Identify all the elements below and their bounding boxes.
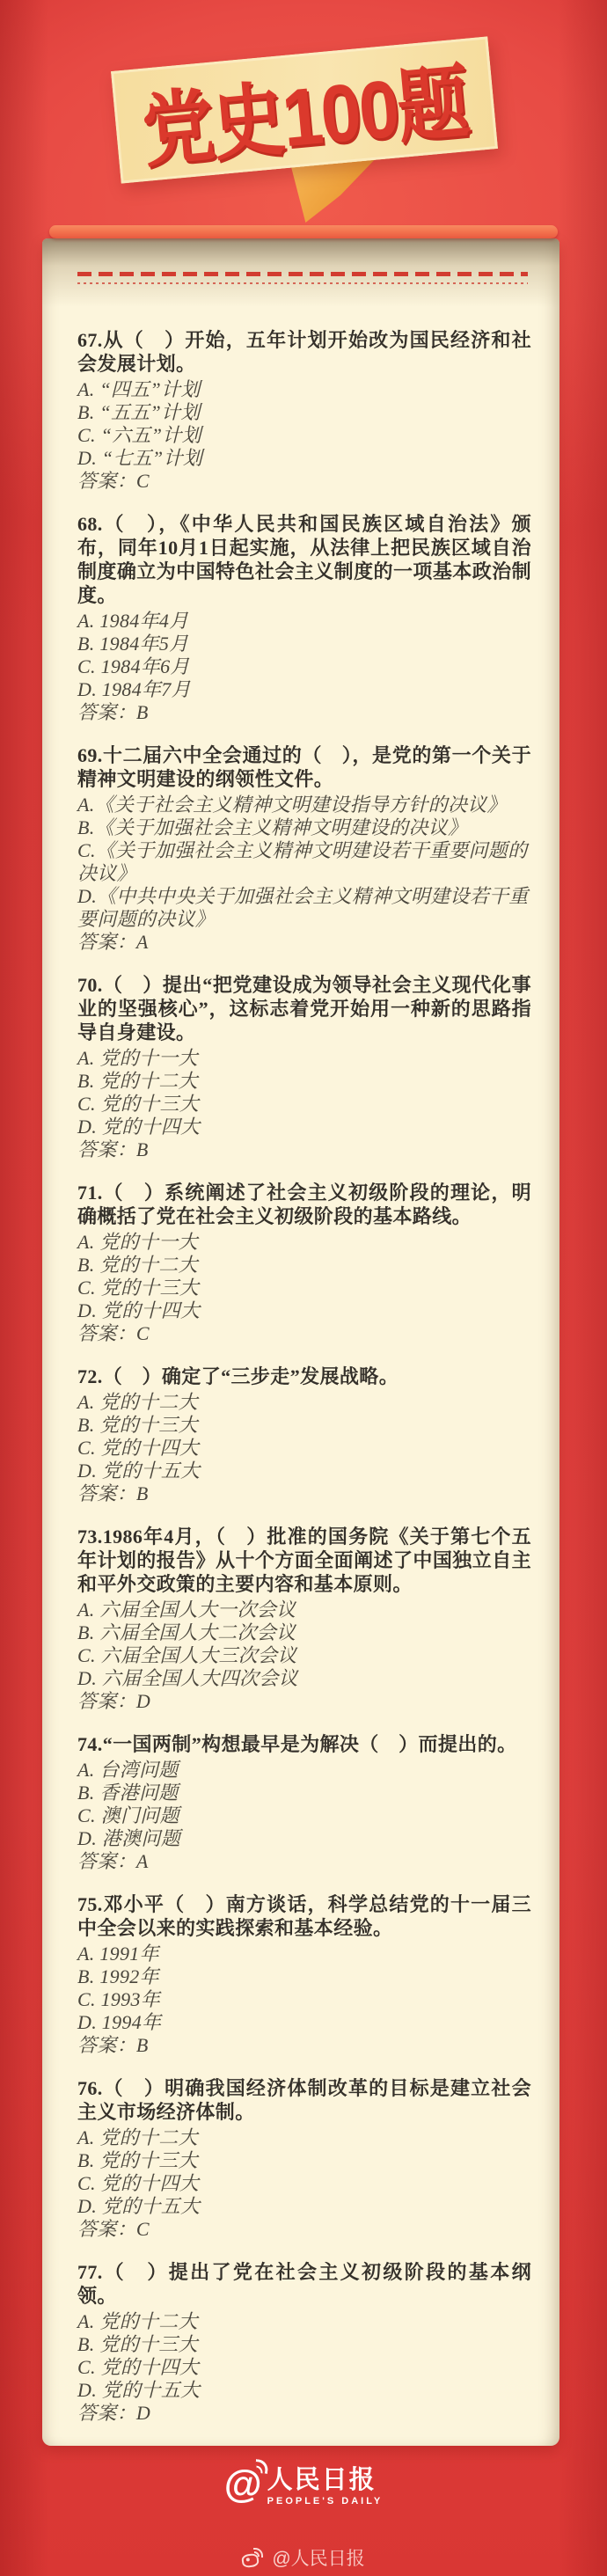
question-option: D. 党的十四大: [77, 1299, 531, 1322]
question-title: 74.“一国两制”构想最早是为解决（ ）而提出的。: [77, 1732, 531, 1756]
question-option: C. 党的十四大: [77, 1437, 531, 1460]
question-option: A. 台湾问题: [77, 1759, 531, 1782]
question-option: C. 澳门问题: [77, 1804, 531, 1827]
answer-label: 答案：: [77, 1322, 136, 1344]
question-options: A. 1984年4月B. 1984年5月C. 1984年6月D. 1984年7月: [77, 610, 531, 701]
question-options: A. 台湾问题B. 香港问题C. 澳门问题D. 港澳问题: [77, 1759, 531, 1850]
logo-chinese-text: 人民日报: [267, 2467, 377, 2493]
question-option: C. 1984年6月: [77, 655, 531, 678]
question-title: 76.（ ）明确我国经济体制改革的目标是建立社会主义市场经济体制。: [77, 2076, 531, 2124]
question-answer: 答案：A: [77, 931, 531, 954]
answer-label: 答案：: [77, 2034, 136, 2056]
question-option: B. 1992年: [77, 1965, 531, 1988]
weibo-icon: [242, 2548, 265, 2567]
question-option: D. 党的十五大: [77, 2379, 531, 2402]
question-option: C. 党的十四大: [77, 2356, 531, 2379]
answer-value: A: [136, 931, 149, 953]
question-option: A. “四五”计划: [77, 378, 531, 401]
question-option: B. 1984年5月: [77, 633, 531, 655]
question-option: D. 1984年7月: [77, 678, 531, 701]
answer-value: C: [136, 2218, 150, 2240]
question-block: 75.邓小平（ ）南方谈话，科学总结党的十一届三中全会以来的实践探索和基本经验。…: [77, 1892, 531, 2057]
answer-label: 答案：: [77, 2402, 136, 2424]
question-option: C. 党的十三大: [77, 1277, 531, 1299]
question-block: 72.（ ）确定了“三步走”发展战略。 A. 党的十二大B. 党的十三大C. 党…: [77, 1365, 531, 1505]
question-title: 73.1986年4月，（ ）批准的国务院《关于第七个五年计划的报告》从十个方面全…: [77, 1525, 531, 1596]
question-options: A. 党的十二大B. 党的十三大C. 党的十四大D. 党的十五大: [77, 2310, 531, 2402]
question-options: A.《关于社会主义精神文明建设指导方针的决议》B.《关于加强社会主义精神文明建设…: [77, 794, 531, 931]
question-block: 73.1986年4月，（ ）批准的国务院《关于第七个五年计划的报告》从十个方面全…: [77, 1525, 531, 1713]
weibo-handle: @人民日报: [272, 2544, 364, 2571]
answer-value: B: [136, 1138, 149, 1160]
question-answer: 答案：B: [77, 2034, 531, 2057]
question-block: 69.十二届六中全会通过的（ ），是党的第一个关于精神文明建设的纲领性文件。 A…: [77, 743, 531, 954]
weibo-attribution: @人民日报: [0, 2544, 607, 2571]
question-option: A.《关于社会主义精神文明建设指导方针的决议》: [77, 794, 531, 816]
question-answer: 答案：C: [77, 1322, 531, 1345]
question-option: C. 党的十三大: [77, 1093, 531, 1116]
question-option: D.《中共中央关于加强社会主义精神文明建设若干重要问题的决议》: [77, 885, 531, 931]
quiz-poster: 党史100题 67.从（ ）开始，五年计划开始改为国民经济和社会发展计划。 A.…: [0, 0, 607, 2576]
at-megaphone-icon: @: [224, 2465, 262, 2504]
question-list: 67.从（ ）开始，五年计划开始改为国民经济和社会发展计划。 A. “四五”计划…: [77, 328, 531, 2425]
answer-value: B: [136, 2034, 149, 2056]
question-answer: 答案：B: [77, 1138, 531, 1161]
answer-label: 答案：: [77, 2218, 136, 2240]
answer-label: 答案：: [77, 931, 136, 953]
question-block: 74.“一国两制”构想最早是为解决（ ）而提出的。 A. 台湾问题B. 香港问题…: [77, 1732, 531, 1873]
question-option: D. 六届全国人大四次会议: [77, 1667, 531, 1690]
question-option: A. 六届全国人大一次会议: [77, 1599, 531, 1621]
quiz-paper: 67.从（ ）开始，五年计划开始改为国民经济和社会发展计划。 A. “四五”计划…: [42, 238, 559, 2446]
question-option: A. 党的十一大: [77, 1047, 531, 1070]
question-options: A. “四五”计划B. “五五”计划C. “六五”计划D. “七五”计划: [77, 378, 531, 470]
question-title: 75.邓小平（ ）南方谈话，科学总结党的十一届三中全会以来的实践探索和基本经验。: [77, 1892, 531, 1940]
question-option: D. 党的十五大: [77, 2195, 531, 2218]
question-answer: 答案：C: [77, 2218, 531, 2241]
question-answer: 答案：B: [77, 1482, 531, 1505]
question-answer: 答案：D: [77, 1690, 531, 1713]
question-option: D. “七五”计划: [77, 447, 531, 470]
answer-label: 答案：: [77, 470, 136, 492]
answer-label: 答案：: [77, 1690, 136, 1712]
question-options: A. 党的十一大B. 党的十二大C. 党的十三大D. 党的十四大: [77, 1231, 531, 1322]
poster-title: 党史100题: [136, 38, 472, 183]
question-option: B. 党的十二大: [77, 1070, 531, 1093]
question-answer: 答案：D: [77, 2402, 531, 2425]
question-option: A. 党的十二大: [77, 2310, 531, 2333]
question-option: D. 党的十四大: [77, 1116, 531, 1138]
question-options: A. 六届全国人大一次会议B. 六届全国人大二次会议C. 六届全国人大三次会议D…: [77, 1599, 531, 1690]
answer-value: A: [136, 1850, 149, 1872]
answer-value: D: [136, 2402, 150, 2424]
answer-label: 答案：: [77, 1850, 136, 1872]
question-option: B. 党的十三大: [77, 1414, 531, 1437]
title-banner: 党史100题: [111, 36, 498, 183]
question-title: 70.（ ）提出“把党建设成为领导社会主义现代化事业的坚强核心”，这标志着党开始…: [77, 973, 531, 1044]
answer-value: C: [136, 470, 150, 492]
question-option: C.《关于加强社会主义精神文明建设若干重要问题的决议》: [77, 839, 531, 885]
answer-value: B: [136, 1482, 149, 1504]
question-option: C. “六五”计划: [77, 424, 531, 447]
question-option: B. 党的十二大: [77, 1254, 531, 1277]
question-options: A. 党的十二大B. 党的十三大C. 党的十四大D. 党的十五大: [77, 1391, 531, 1482]
question-option: C. 党的十四大: [77, 2172, 531, 2195]
tear-line-dashes: [77, 272, 528, 276]
question-option: D. 1994年: [77, 2011, 531, 2034]
question-block: 70.（ ）提出“把党建设成为领导社会主义现代化事业的坚强核心”，这标志着党开始…: [77, 973, 531, 1161]
question-option: B. “五五”计划: [77, 401, 531, 424]
question-option: D. 党的十五大: [77, 1460, 531, 1482]
tear-line: [77, 272, 528, 284]
question-block: 71.（ ）系统阐述了社会主义初级阶段的理论，明确概括了党在社会主义初级阶段的基…: [77, 1181, 531, 1345]
question-options: A. 党的十一大B. 党的十二大C. 党的十三大D. 党的十四大: [77, 1047, 531, 1138]
question-title: 69.十二届六中全会通过的（ ），是党的第一个关于精神文明建设的纲领性文件。: [77, 743, 531, 791]
question-answer: 答案：B: [77, 701, 531, 724]
question-option: C. 六届全国人大三次会议: [77, 1644, 531, 1667]
question-title: 71.（ ）系统阐述了社会主义初级阶段的理论，明确概括了党在社会主义初级阶段的基…: [77, 1181, 531, 1228]
answer-value: D: [136, 1690, 150, 1712]
answer-value: C: [136, 1322, 150, 1344]
question-answer: 答案：A: [77, 1850, 531, 1873]
answer-value: B: [136, 701, 149, 723]
question-block: 67.从（ ）开始，五年计划开始改为国民经济和社会发展计划。 A. “四五”计划…: [77, 328, 531, 493]
question-title: 67.从（ ）开始，五年计划开始改为国民经济和社会发展计划。: [77, 328, 531, 376]
question-option: B. 六届全国人大二次会议: [77, 1621, 531, 1644]
scroll-top-bar: [49, 225, 558, 238]
question-option: B. 香港问题: [77, 1782, 531, 1804]
question-options: A. 党的十二大B. 党的十三大C. 党的十四大D. 党的十五大: [77, 2126, 531, 2218]
question-option: A. 1984年4月: [77, 610, 531, 633]
question-block: 77.（ ）提出了党在社会主义初级阶段的基本纲领。 A. 党的十二大B. 党的十…: [77, 2260, 531, 2425]
answer-label: 答案：: [77, 1138, 136, 1160]
question-option: B. 党的十三大: [77, 2333, 531, 2356]
answer-label: 答案：: [77, 701, 136, 723]
peoples-daily-logo: @ 人民日报 PEOPLE'S DAILY: [0, 2465, 607, 2506]
answer-label: 答案：: [77, 1482, 136, 1504]
question-option: C. 1993年: [77, 1988, 531, 2011]
question-option: B. 党的十三大: [77, 2149, 531, 2172]
question-option: A. 党的十一大: [77, 1231, 531, 1254]
question-option: D. 港澳问题: [77, 1827, 531, 1850]
question-option: A. 党的十二大: [77, 2126, 531, 2149]
question-option: A. 1991年: [77, 1943, 531, 1965]
tear-line-dots: [77, 282, 528, 284]
question-title: 72.（ ）确定了“三步走”发展战略。: [77, 1365, 531, 1388]
question-option: A. 党的十二大: [77, 1391, 531, 1414]
question-options: A. 1991年B. 1992年C. 1993年D. 1994年: [77, 1943, 531, 2034]
question-block: 68.（ ），《中华人民共和国民族区域自治法》颁布，同年10月1日起实施，从法律…: [77, 512, 531, 724]
logo-english-text: PEOPLE'S DAILY: [267, 2496, 384, 2506]
question-option: B.《关于加强社会主义精神文明建设的决议》: [77, 816, 531, 839]
question-title: 68.（ ），《中华人民共和国民族区域自治法》颁布，同年10月1日起实施，从法律…: [77, 512, 531, 607]
question-title: 77.（ ）提出了党在社会主义初级阶段的基本纲领。: [77, 2260, 531, 2308]
question-answer: 答案：C: [77, 470, 531, 493]
question-block: 76.（ ）明确我国经济体制改革的目标是建立社会主义市场经济体制。 A. 党的十…: [77, 2076, 531, 2241]
weibo-eye-icon: [241, 2553, 260, 2568]
